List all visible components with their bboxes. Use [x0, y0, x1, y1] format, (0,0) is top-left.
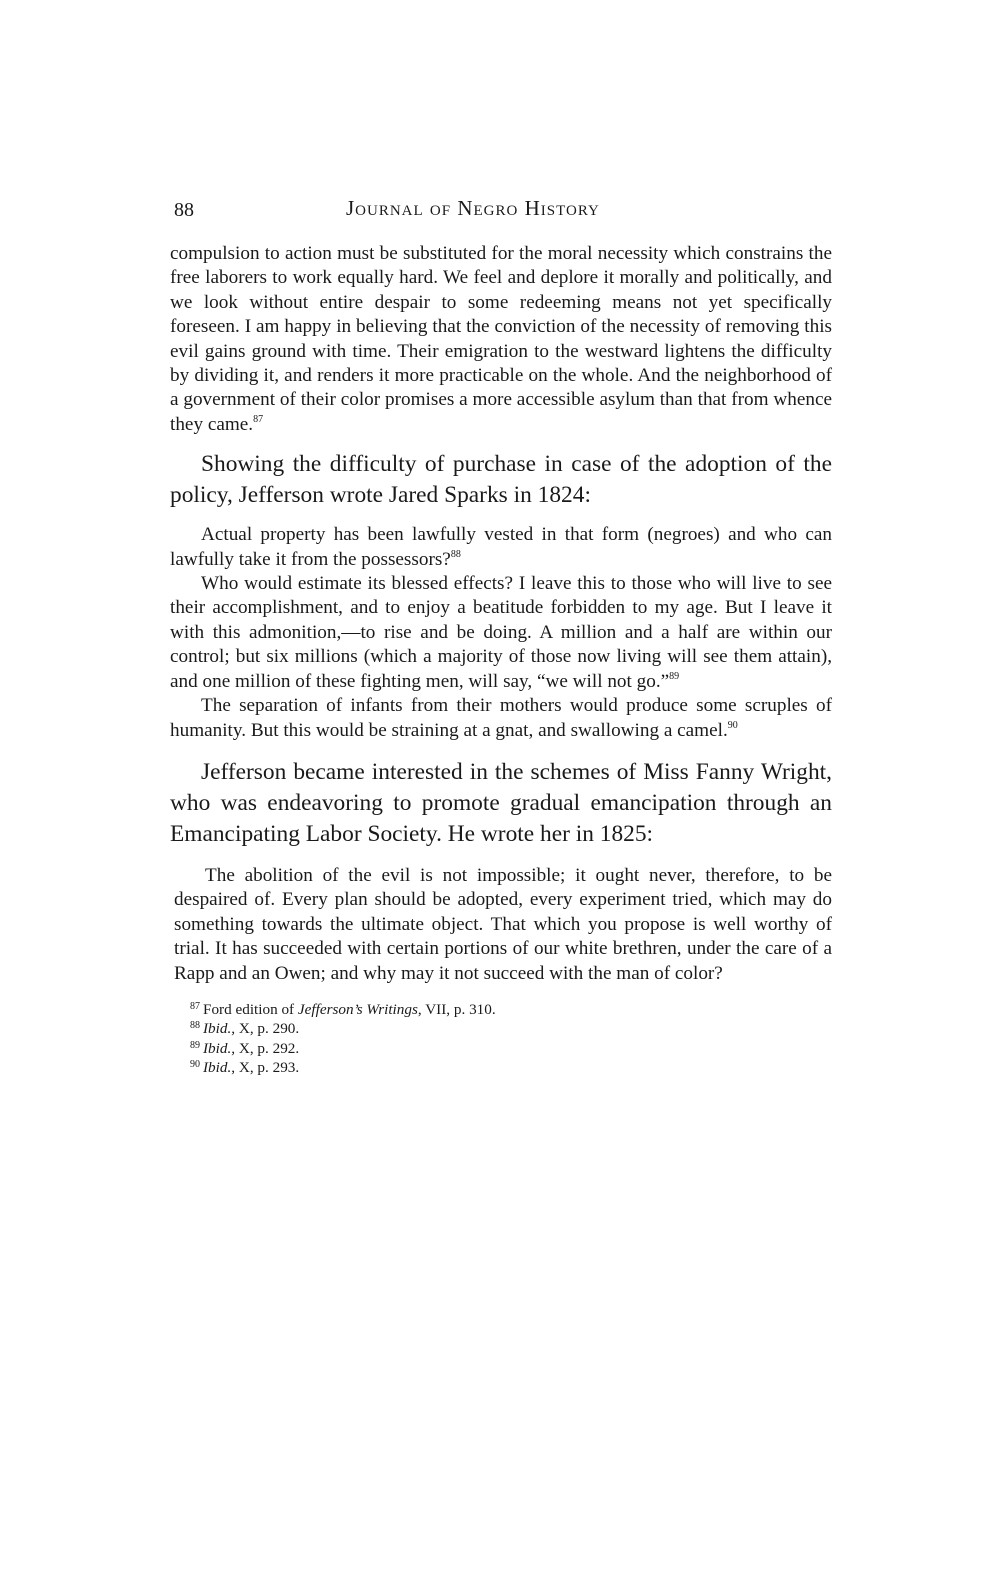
footnote-prefix: Ford edition of [203, 1001, 298, 1018]
quote-paragraph: Who would estimate its blessed effects? … [170, 572, 832, 694]
quote-text: Who would estimate its blessed effects? … [170, 573, 832, 692]
quote-paragraph: compulsion to action must be substituted… [170, 242, 832, 437]
footnote-suffix: , X, p. 293. [231, 1059, 299, 1076]
footnote-suffix: , X, p. 292. [231, 1040, 299, 1057]
footnote-title: Ibid. [203, 1020, 231, 1037]
quote-paragraph: Actual property has been lawfully vested… [170, 523, 832, 572]
quote-text: The abolition of the evil is not impossi… [174, 865, 832, 984]
body-paragraph-wright: Jefferson became interested in the schem… [170, 757, 832, 850]
footnote-ref-87[interactable]: 87 [253, 414, 263, 425]
footnote-number: 87 [190, 1001, 200, 1012]
footnote-90: 90Ibid., X, p. 293. [190, 1058, 832, 1078]
footnote-ref-88[interactable]: 88 [451, 549, 461, 560]
running-head: 88 Journal of Negro History [170, 196, 832, 232]
quote-text: Actual property has been lawfully vested… [170, 524, 832, 569]
footnote-number: 89 [190, 1040, 200, 1051]
footnote-ref-89[interactable]: 89 [669, 671, 679, 682]
journal-title: Journal of Negro History [346, 196, 600, 221]
paragraph-text: Jefferson became interested in the schem… [170, 759, 832, 847]
block-quote-sparks: Actual property has been lawfully vested… [170, 523, 832, 743]
footnote-title: Jefferson’s Writings [298, 1001, 418, 1018]
footnote-number: 88 [190, 1020, 200, 1031]
footnote-number: 90 [190, 1059, 200, 1070]
block-quote-continued: compulsion to action must be substituted… [170, 242, 832, 437]
block-quote-wright: The abolition of the evil is not impossi… [170, 864, 832, 986]
quote-paragraph: The separation of infants from their mot… [170, 694, 832, 743]
footnote-suffix: , X, p. 290. [231, 1020, 299, 1037]
footnotes: 87Ford edition of Jefferson’s Writings, … [170, 1000, 832, 1078]
body-paragraph-sparks: Showing the difficulty of purchase in ca… [170, 449, 832, 511]
document-page: 88 Journal of Negro History compulsion t… [170, 196, 832, 1078]
footnote-title: Ibid. [203, 1040, 231, 1057]
page-number: 88 [174, 199, 194, 222]
paragraph-text: Showing the difficulty of purchase in ca… [170, 451, 832, 508]
quote-text: The separation of infants from their mot… [170, 695, 832, 740]
footnote-ref-90[interactable]: 90 [728, 720, 738, 731]
quote-paragraph: The abolition of the evil is not impossi… [174, 864, 832, 986]
footnote-suffix: , VII, p. 310. [418, 1001, 496, 1018]
footnote-87: 87Ford edition of Jefferson’s Writings, … [190, 1000, 832, 1020]
footnote-title: Ibid. [203, 1059, 231, 1076]
footnote-88: 88Ibid., X, p. 290. [190, 1019, 832, 1039]
quote-text: compulsion to action must be substituted… [170, 243, 832, 435]
footnote-89: 89Ibid., X, p. 292. [190, 1039, 832, 1059]
